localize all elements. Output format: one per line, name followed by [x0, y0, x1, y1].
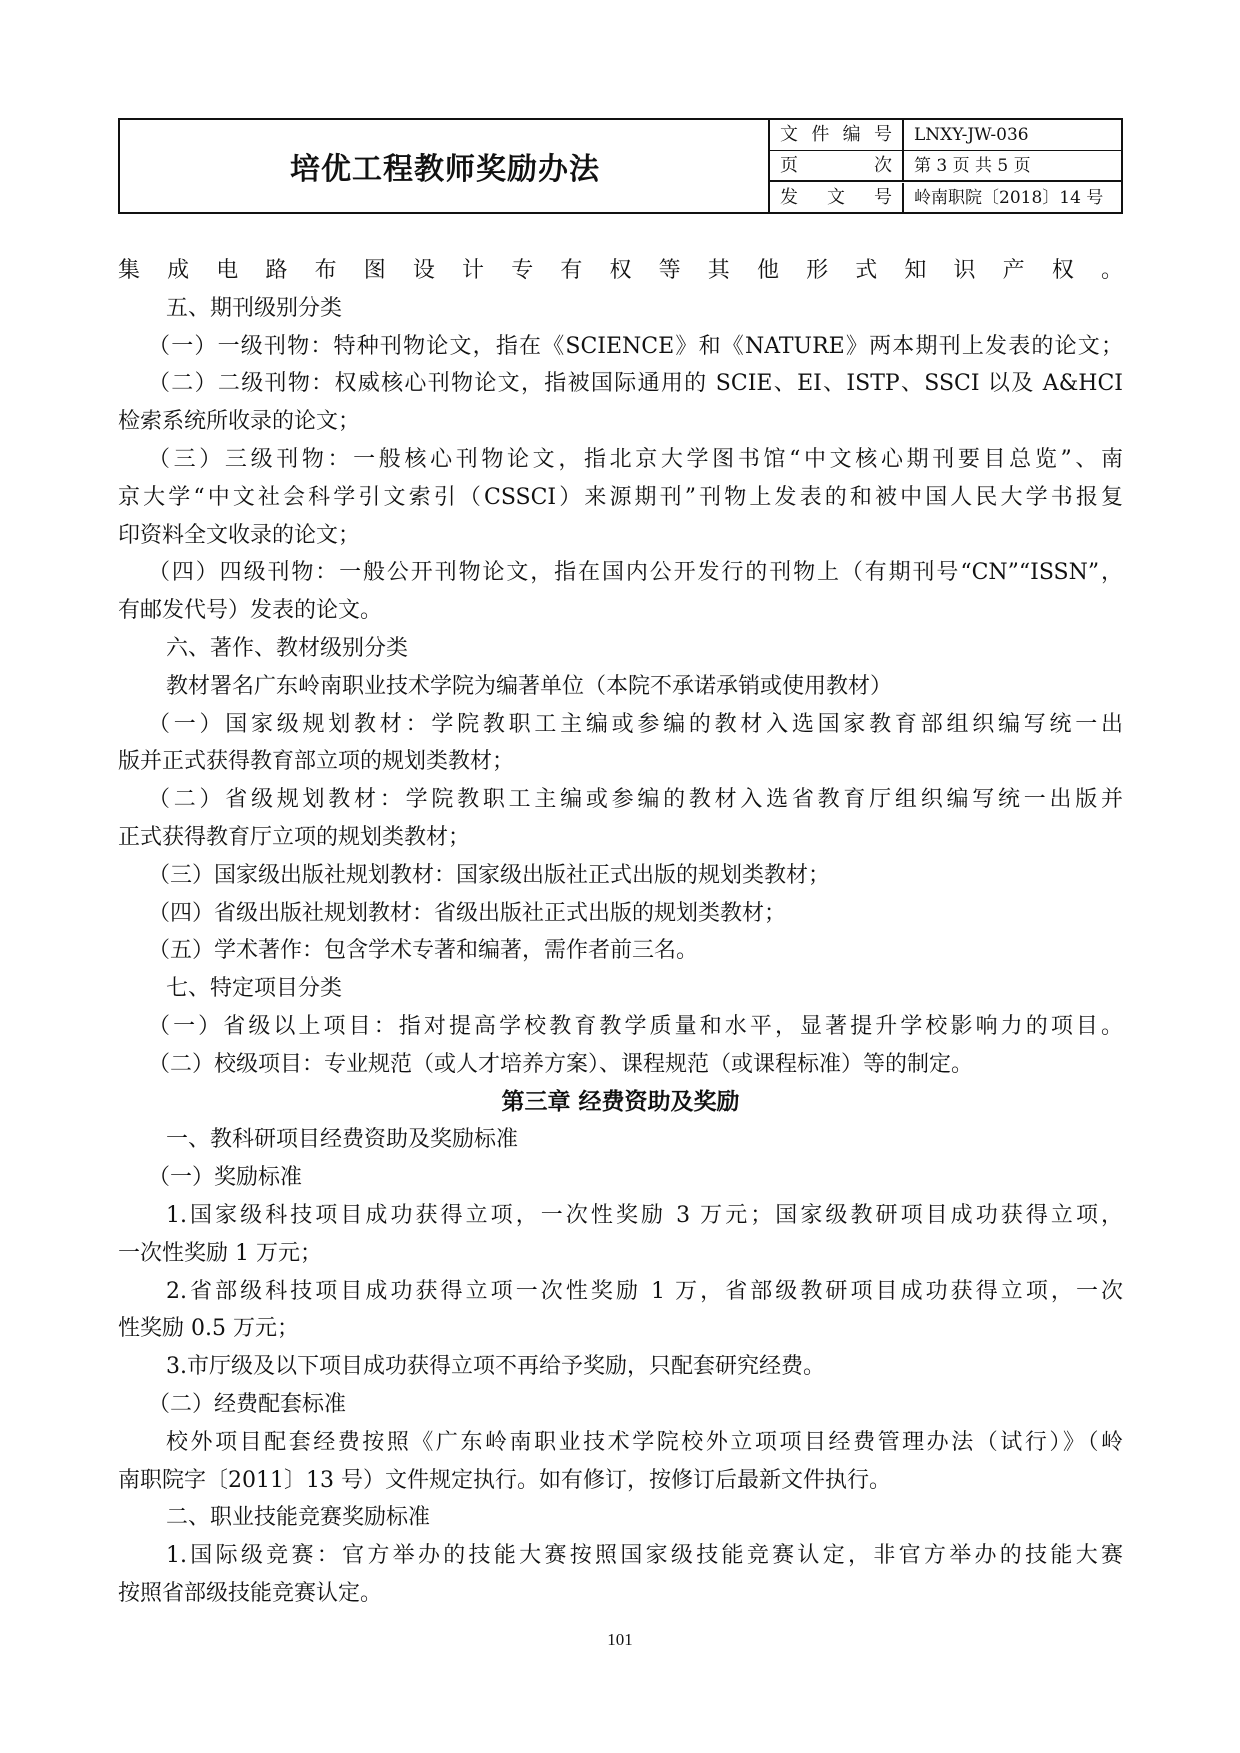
meta-row-issue-number: 发 文 号 岭南职院〔2018〕14 号	[770, 183, 1123, 212]
paragraph-line: 1.国际级竞赛：官方举办的技能大赛按照国家级技能竞赛认定，非官方举办的技能大赛	[118, 1537, 1123, 1575]
paragraph-line: 印资料全文收录的论文；	[118, 517, 1123, 555]
meta-label: 页 次	[770, 151, 904, 180]
paragraph-line: （五）学术著作：包含学术专著和编著，需作者前三名。	[118, 932, 1123, 970]
label-char: 号	[874, 120, 892, 150]
label-char: 文	[780, 120, 798, 150]
label-char: 文	[827, 183, 845, 212]
page-count-value: 第 3 页 共 5 页	[904, 151, 1123, 180]
section-heading: 六、著作、教材级别分类	[118, 630, 1123, 668]
paragraph-line: 检索系统所收录的论文；	[118, 403, 1123, 441]
paragraph-line: （一）国家级规划教材：学院教职工主编或参编的教材入选国家教育部组织编写统一出	[118, 706, 1123, 744]
paragraph-line: 一次性奖励 1 万元；	[118, 1235, 1123, 1273]
section-heading: 五、期刊级别分类	[118, 290, 1123, 328]
paragraph-line: 版并正式获得教育部立项的规划类教材；	[118, 743, 1123, 781]
document-title: 培优工程教师奖励办法	[120, 120, 770, 212]
paragraph-line: 2.省部级科技项目成功获得立项一次性奖励 1 万，省部级教研项目成功获得立项，一…	[118, 1273, 1123, 1311]
label-char: 编	[843, 120, 861, 150]
subsection-heading: （二）经费配套标准	[118, 1386, 1123, 1424]
subsection-heading: （一）奖励标准	[118, 1159, 1123, 1197]
paragraph-line: （四）四级刊物：一般公开刊物论文，指在国内公开发行的刊物上（有期刊号“CN”“I…	[118, 554, 1123, 592]
paragraph-line: （一）省级以上项目：指对提高学校教育教学质量和水平，显著提升学校影响力的项目。	[118, 1008, 1123, 1046]
label-char: 件	[811, 120, 829, 150]
label-char: 次	[874, 151, 892, 180]
paragraph-line: （二）校级项目：专业规范（或人才培养方案）、课程规范（或课程标准）等的制定。	[118, 1046, 1123, 1084]
paragraph-line: 集成电路布图设计专有权等其他形式知识产权。	[118, 252, 1123, 290]
issue-number-value: 岭南职院〔2018〕14 号	[904, 183, 1123, 212]
paragraph-line: 南职院字〔2011〕13 号）文件规定执行。如有修订，按修订后最新文件执行。	[118, 1462, 1123, 1500]
page-number: 101	[0, 1630, 1240, 1650]
paragraph-line: 有邮发代号）发表的论文。	[118, 592, 1123, 630]
section-heading: 一、教科研项目经费资助及奖励标准	[118, 1121, 1123, 1159]
section-heading: 七、特定项目分类	[118, 970, 1123, 1008]
paragraph-line: （一）一级刊物：特种刊物论文，指在《SCIENCE》和《NATURE》两本期刊上…	[118, 328, 1123, 366]
meta-label: 发 文 号	[770, 183, 904, 212]
paragraph-line: 按照省部级技能竞赛认定。	[118, 1575, 1123, 1613]
paragraph-line: 校外项目配套经费按照《广东岭南职业技术学院校外立项项目经费管理办法（试行）》（岭	[118, 1424, 1123, 1462]
paragraph-line: 教材署名广东岭南职业技术学院为编著单位（本院不承诺承销或使用教材）	[118, 668, 1123, 706]
section-heading: 二、职业技能竞赛奖励标准	[118, 1499, 1123, 1537]
paragraph-line: 京大学“中文社会科学引文索引（CSSCI）来源期刊”刊物上发表的和被中国人民大学…	[118, 479, 1123, 517]
paragraph-line: （二）省级规划教材：学院教职工主编或参编的教材入选省教育厅组织编写统一出版并	[118, 781, 1123, 819]
meta-row-page: 页 次 第 3 页 共 5 页	[770, 151, 1123, 182]
file-number-value: LNXY-JW-036	[904, 120, 1123, 150]
label-char: 发	[780, 183, 798, 212]
meta-label: 文 件 编 号	[770, 120, 904, 150]
paragraph-line: 性奖励 0.5 万元；	[118, 1310, 1123, 1348]
document-body: 集成电路布图设计专有权等其他形式知识产权。 五、期刊级别分类 （一）一级刊物：特…	[118, 252, 1123, 1613]
document-page: 培优工程教师奖励办法 文 件 编 号 LNXY-JW-036 页 次 第 3 页…	[0, 0, 1240, 1753]
paragraph-line: （三）三级刊物：一般核心刊物论文，指北京大学图书馆“中文核心期刊要目总览”、南	[118, 441, 1123, 479]
chapter-heading: 第三章 经费资助及奖励	[118, 1084, 1123, 1122]
paragraph-line: （三）国家级出版社规划教材：国家级出版社正式出版的规划类教材；	[118, 857, 1123, 895]
paragraph-line: 3.市厅级及以下项目成功获得立项不再给予奖励，只配套研究经费。	[118, 1348, 1123, 1386]
label-char: 页	[780, 151, 798, 180]
paragraph-line: 正式获得教育厅立项的规划类教材；	[118, 819, 1123, 857]
document-meta-grid: 文 件 编 号 LNXY-JW-036 页 次 第 3 页 共 5 页 发 文	[768, 120, 1123, 212]
label-char: 号	[874, 183, 892, 212]
paragraph-line: （四）省级出版社规划教材：省级出版社正式出版的规划类教材；	[118, 895, 1123, 933]
document-header-table: 培优工程教师奖励办法 文 件 编 号 LNXY-JW-036 页 次 第 3 页…	[118, 118, 1123, 214]
paragraph-line: （二）二级刊物：权威核心刊物论文，指被国际通用的 SCIE、EI、ISTP、SS…	[118, 365, 1123, 403]
paragraph-line: 1.国家级科技项目成功获得立项，一次性奖励 3 万元；国家级教研项目成功获得立项…	[118, 1197, 1123, 1235]
meta-row-file-number: 文 件 编 号 LNXY-JW-036	[770, 120, 1123, 151]
